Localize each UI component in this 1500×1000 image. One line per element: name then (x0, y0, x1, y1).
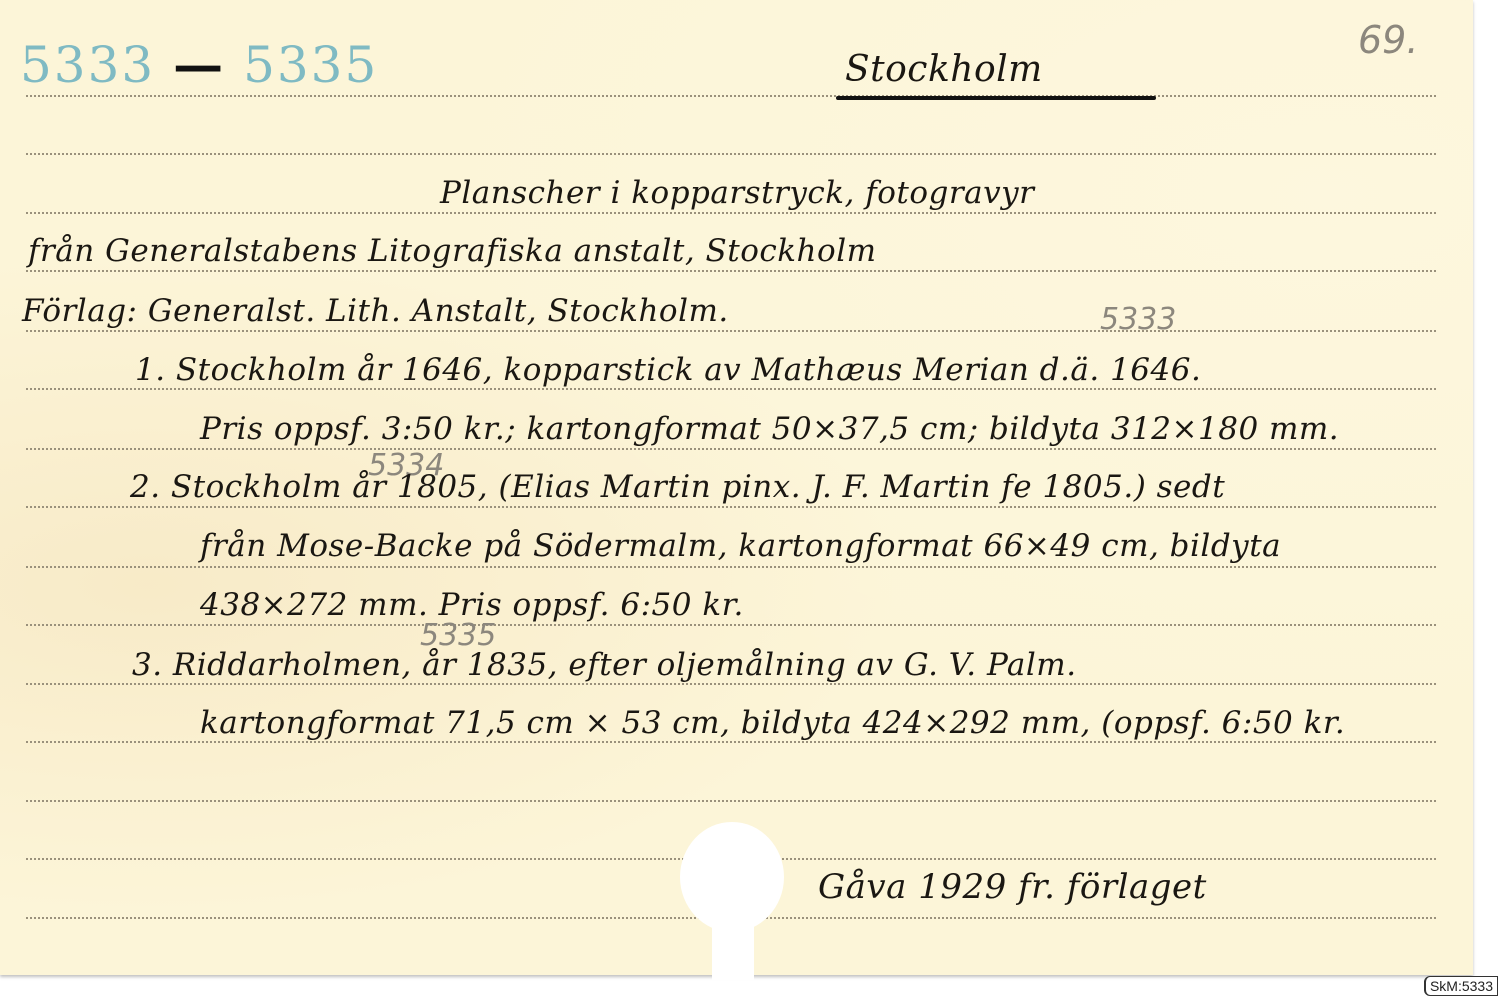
ruled-line (26, 506, 1436, 508)
ruled-line (26, 741, 1436, 743)
heading-underline (836, 96, 1156, 100)
item-2-line: 438×272 mm. Pris oppsf. 6:50 kr. (200, 590, 744, 621)
item-3-line: kartongformat 71,5 cm × 53 cm, bildyta 4… (200, 708, 1345, 739)
stamp-separator: — (173, 35, 225, 94)
card-heading: Stockholm (845, 52, 1043, 88)
donation-note: Gåva 1929 fr. förlaget (818, 870, 1207, 904)
item-1-line: 1. Stockholm år 1646, kopparstick av Mat… (135, 355, 1201, 386)
ruled-line (26, 270, 1436, 272)
description-line: Planscher i kopparstryck, fotogravyr (440, 178, 1034, 209)
item-2-line: 2. Stockholm år 1805, (Elias Martin pinx… (130, 472, 1225, 503)
item-1-line: Pris oppsf. 3:50 kr.; kartongformat 50×3… (200, 414, 1339, 445)
ruled-line (26, 330, 1436, 332)
ruled-line (26, 212, 1436, 214)
item-3-line: 3. Riddarholmen, år 1835, efter oljemåln… (132, 650, 1077, 681)
ruled-line (26, 448, 1436, 450)
ruled-line (26, 624, 1436, 626)
ruled-line (26, 153, 1436, 155)
description-line: från Generalstabens Litografiska anstalt… (28, 236, 877, 267)
catalog-label: SkM:5333 (1424, 976, 1498, 996)
item-1-pencil-number: 5333 (1100, 302, 1176, 337)
ruled-line (26, 388, 1436, 390)
ruled-line (26, 683, 1436, 685)
catalog-card: 5333 — 5335 Stockholm 69. Planscher i ko… (0, 0, 1473, 975)
publisher-line: Förlag: Generalst. Lith. Anstalt, Stockh… (22, 296, 729, 327)
ruled-line (26, 95, 1436, 97)
ruled-line (26, 566, 1436, 568)
stamped-number-range: 5333 — 5335 (20, 40, 378, 90)
stamp-number-to: 5335 (243, 36, 378, 94)
page-number: 69. (1358, 18, 1418, 62)
ruled-line (26, 800, 1436, 802)
card-punch-hole-stem (712, 900, 754, 980)
stamp-number-from: 5333 (20, 36, 155, 94)
item-2-line: från Mose-Backe på Södermalm, kartongfor… (200, 531, 1281, 562)
